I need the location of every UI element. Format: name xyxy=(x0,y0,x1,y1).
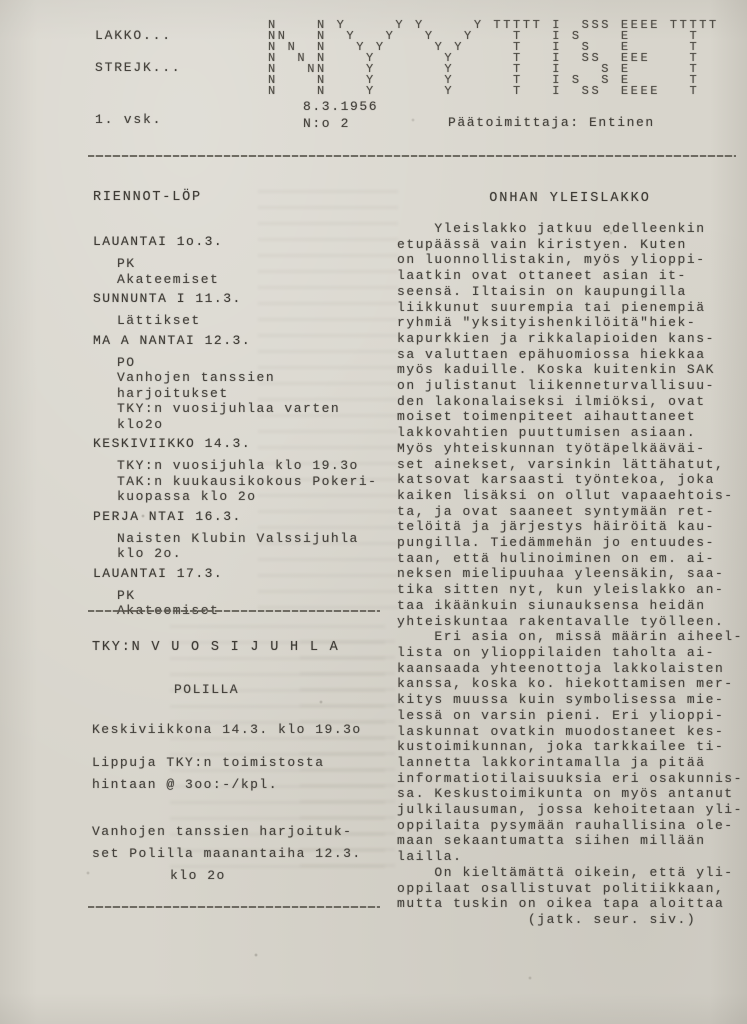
event-detail: TKY:n vuosijuhlaa varten klo2o xyxy=(93,401,393,432)
strike-label-finnish: LAKKO... xyxy=(95,28,172,43)
vuosijuhla-line: Keskiviikkona 14.3. klo 19.3o xyxy=(92,722,392,738)
event-day: KESKIVIIKKO 14.3. xyxy=(93,436,393,452)
event-detail: Lättikset xyxy=(93,313,393,329)
event-detail: PK xyxy=(93,588,393,604)
events-section-title: RIENNOT-LÖP xyxy=(93,190,202,205)
article-title: ONHAN YLEISLAKKO xyxy=(400,191,740,206)
event-day: PERJA NTAI 16.3. xyxy=(93,509,393,525)
event-day: LAUANTAI 1o.3. xyxy=(93,234,393,250)
scanned-newsletter-page: LAKKO... STREJK... 1. vsk. N N Y Y Y Y T… xyxy=(0,0,747,1024)
vuosijuhla-title: TKY:N V U O S I J U H L A xyxy=(92,640,392,656)
masthead-ascii-art-nyytiset: N N Y Y Y Y TTTTT I SSS EEEE TTTTT NN N … xyxy=(268,20,719,97)
section-divider xyxy=(88,610,380,612)
vuosijuhla-line: hintaan @ 3oo:-/kpl. xyxy=(92,777,392,793)
vuosijuhla-line: Lippuja TKY:n toimistosta xyxy=(92,755,392,771)
event-detail: PO xyxy=(93,355,393,371)
event-day: SUNNUNTA I 11.3. xyxy=(93,291,393,307)
vuosijuhla-subtitle: POLILLA xyxy=(92,682,392,698)
strike-label-swedish: STREJK... xyxy=(95,60,181,75)
bottom-divider xyxy=(88,906,380,908)
event-detail: TAK:n kuukausikokous Pokeri- xyxy=(93,474,393,490)
events-list: LAUANTAI 1o.3.PKAkateemisetSUNNUNTA I 11… xyxy=(93,230,393,619)
vuosijuhla-line: klo 2o xyxy=(92,868,392,884)
issue-number: N:o 2 xyxy=(303,116,350,131)
vuosijuhla-section: TKY:N V U O S I J U H L A POLILLA Keskiv… xyxy=(92,640,392,884)
event-detail: Akateemiset xyxy=(93,272,393,288)
event-detail: PK xyxy=(93,256,393,272)
vuosijuhla-line: set Polilla maanantaiha 12.3. xyxy=(92,846,392,862)
event-detail: klo 2o. xyxy=(93,546,393,562)
editor-line: Päätoimittaja: Entinen xyxy=(448,115,655,130)
volume-label: 1. vsk. xyxy=(95,112,162,127)
event-day: LAUANTAI 17.3. xyxy=(93,566,393,582)
event-day: MA A NANTAI 12.3. xyxy=(93,333,393,349)
event-detail: Vanhojen tanssien harjoitukset xyxy=(93,370,393,401)
vuosijuhla-line: Vanhojen tanssien harjoituk- xyxy=(92,824,392,840)
event-detail: kuopassa klo 2o xyxy=(93,489,393,505)
issue-date-and-number: 8.3.1956 N:o 2 xyxy=(303,98,378,132)
article-body: Yleislakko jatkuu edelleenkin etupäässä … xyxy=(397,221,743,928)
event-detail: Naisten Klubin Valssijuhla xyxy=(93,531,393,547)
event-detail: TKY:n vuosijuhla klo 19.3o xyxy=(93,458,393,474)
top-divider xyxy=(88,155,736,157)
issue-date: 8.3.1956 xyxy=(303,99,378,114)
